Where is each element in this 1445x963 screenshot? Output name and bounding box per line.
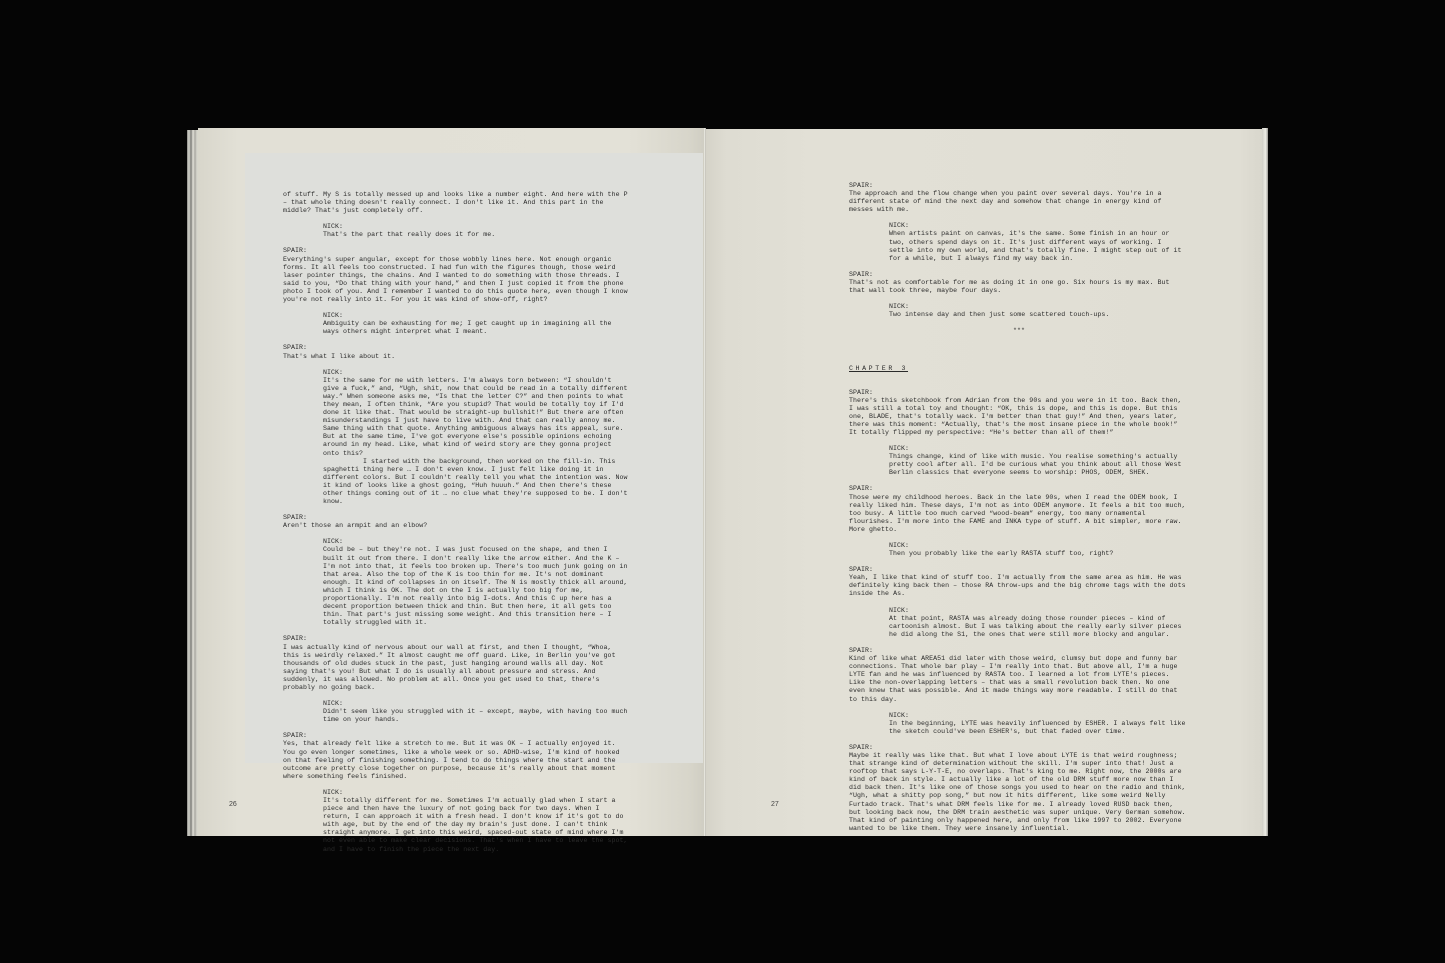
dialogue-block: SPAIR: There's this sketchbook from Adri…: [849, 389, 1189, 438]
speaker-label: SPAIR:: [849, 182, 1189, 190]
dialogue-text: It's totally different for me. Sometimes…: [323, 797, 628, 853]
dialogue-text: Yeah, I like that kind of stuff too. I'm…: [849, 574, 1186, 597]
right-page-text: SPAIR: The approach and the flow change …: [849, 182, 1189, 841]
speaker-label: NICK:: [889, 222, 1189, 230]
chapter-heading: CHAPTER 3: [849, 365, 1189, 373]
dialogue-block: NICK: Ambiguity can be exhausting for me…: [323, 312, 628, 336]
dialogue-block: SPAIR: Those were my childhood heroes. B…: [849, 485, 1189, 534]
dialogue-block: SPAIR: That's not as comfortable for me …: [849, 271, 1189, 295]
dialogue-block: NICK: Didn't seem like you struggled wit…: [323, 700, 628, 724]
speaker-label: SPAIR:: [849, 271, 1189, 279]
speaker-label: NICK:: [323, 312, 628, 320]
dialogue-block: SPAIR: The approach and the flow change …: [849, 182, 1189, 214]
dialogue-text: When artists paint on canvas, it's the s…: [889, 230, 1182, 261]
dialogue-text: The approach and the flow change when yo…: [849, 190, 1162, 213]
left-page-text: of stuff. My S is totally messed up and …: [283, 191, 628, 862]
speaker-label: SPAIR:: [849, 647, 1189, 655]
dialogue-text: It's the same for me with letters. I'm a…: [323, 377, 628, 457]
section-separator: ***: [849, 327, 1189, 335]
speaker-label: NICK:: [889, 607, 1189, 615]
speaker-label: NICK:: [323, 789, 628, 797]
dialogue-block: SPAIR: Yeah, I like that kind of stuff t…: [849, 566, 1189, 598]
dialogue-block: NICK: Could be – but they're not. I was …: [323, 538, 628, 627]
dialogue-text: I was actually kind of nervous about our…: [283, 644, 616, 691]
dialogue-text: That's what I like about it.: [283, 353, 395, 360]
speaker-label: NICK:: [323, 538, 628, 546]
dialogue-text: Two intense day and then just some scatt…: [889, 311, 1109, 318]
dialogue-text: Kind of like what AREA51 did later with …: [849, 655, 1178, 702]
dialogue-text: Didn't seem like you struggled with it –…: [323, 708, 628, 723]
page-number-left: 26: [229, 801, 237, 808]
speaker-label: NICK:: [889, 303, 1189, 311]
dialogue-block: NICK: Things change, kind of like with m…: [889, 445, 1189, 477]
dialogue-text: Those were my childhood heroes. Back in …: [849, 494, 1186, 533]
dialogue-text: Things change, kind of like with music. …: [889, 453, 1182, 476]
dialogue-text: Yes, that already felt like a stretch to…: [283, 740, 620, 779]
dialogue-block: SPAIR: Kind of like what AREA51 did late…: [849, 647, 1189, 704]
speaker-label: NICK:: [889, 542, 1189, 550]
dialogue-block: SPAIR: Aren't those an armpit and an elb…: [283, 514, 628, 530]
speaker-label: SPAIR:: [849, 744, 1189, 752]
speaker-label: SPAIR:: [849, 389, 1189, 397]
dialogue-text: of stuff. My S is totally messed up and …: [283, 191, 628, 214]
dialogue-block: NICK: That's the part that really does i…: [323, 223, 628, 239]
dialogue-text: Maybe it really was like that. But what …: [849, 752, 1186, 832]
dialogue-text: That's not as comfortable for me as doin…: [849, 279, 1170, 294]
dialogue-text: Aren't those an armpit and an elbow?: [283, 522, 427, 529]
dialogue-text: There's this sketchbook from Adrian from…: [849, 397, 1182, 436]
dialogue-block: NICK: At that point, RASTA was already d…: [889, 607, 1189, 639]
speaker-label: NICK:: [323, 369, 628, 377]
dialogue-text: At that point, RASTA was already doing t…: [889, 615, 1182, 638]
dialogue-block: NICK: It's the same for me with letters.…: [323, 369, 628, 507]
dialogue-block: SPAIR: Yes, that already felt like a str…: [283, 732, 628, 781]
dialogue-text: Could be – but they're not. I was just f…: [323, 546, 628, 626]
dialogue-block: of stuff. My S is totally messed up and …: [283, 191, 628, 215]
speaker-label: SPAIR:: [283, 344, 628, 352]
dialogue-text: Everything's super angular, except for t…: [283, 256, 628, 303]
speaker-label: SPAIR:: [283, 732, 628, 740]
dialogue-block: SPAIR: That's what I like about it.: [283, 344, 628, 360]
dialogue-text: Then you probably like the early RASTA s…: [889, 550, 1113, 557]
speaker-label: SPAIR:: [849, 566, 1189, 574]
speaker-label: SPAIR:: [283, 514, 628, 522]
speaker-label: NICK:: [323, 223, 628, 231]
dialogue-text: In the beginning, LYTE was heavily influ…: [889, 720, 1186, 735]
dialogue-block: SPAIR: Everything's super angular, excep…: [283, 247, 628, 304]
open-book: of stuff. My S is totally messed up and …: [0, 0, 1445, 963]
dialogue-block: SPAIR: Maybe it really was like that. Bu…: [849, 744, 1189, 833]
dialogue-block: SPAIR: I was actually kind of nervous ab…: [283, 635, 628, 692]
book-spine: [704, 128, 706, 836]
speaker-label: SPAIR:: [283, 247, 628, 255]
dialogue-block: NICK: In the beginning, LYTE was heavily…: [889, 712, 1189, 736]
dialogue-continuation: I started with the background, then work…: [323, 458, 628, 507]
speaker-label: NICK:: [323, 700, 628, 708]
dialogue-block: NICK: When artists paint on canvas, it's…: [889, 222, 1189, 262]
dialogue-block: NICK: Two intense day and then just some…: [889, 303, 1189, 319]
speaker-label: NICK:: [889, 445, 1189, 453]
dialogue-text: Ambiguity can be exhausting for me; I ge…: [323, 320, 612, 335]
page-number-right: 27: [771, 801, 779, 808]
speaker-label: SPAIR:: [283, 635, 628, 643]
page-stack-edge-right: [1262, 128, 1268, 836]
speaker-label: NICK:: [889, 712, 1189, 720]
dialogue-text: That's the part that really does it for …: [323, 231, 495, 238]
dialogue-block: NICK: It's totally different for me. Som…: [323, 789, 628, 854]
speaker-label: SPAIR:: [849, 485, 1189, 493]
dialogue-block: NICK: Then you probably like the early R…: [889, 542, 1189, 558]
